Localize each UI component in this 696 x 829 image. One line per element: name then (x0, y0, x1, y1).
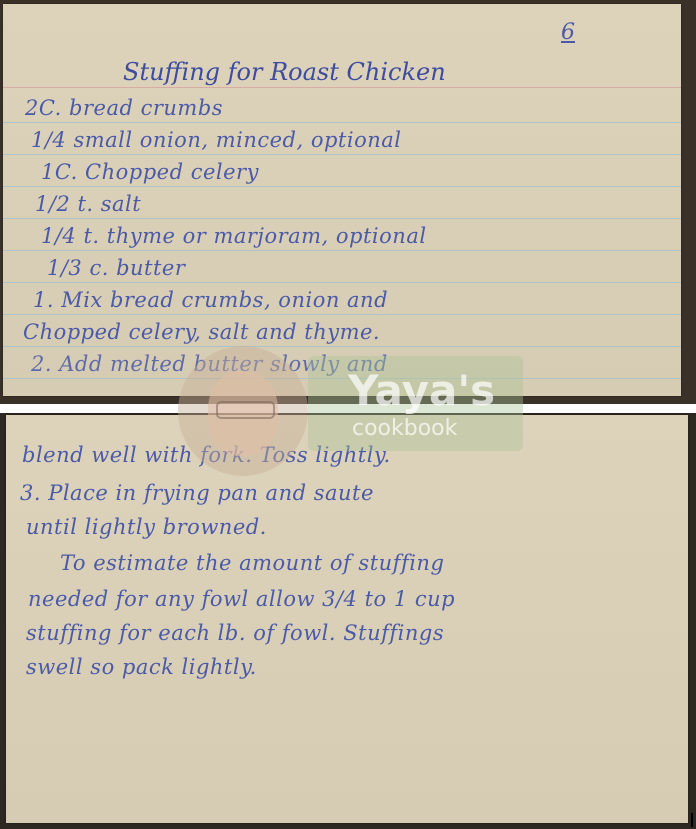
instruction-line: stuffing for each lb. of fowl. Stuffings (26, 621, 444, 645)
ruled-line (3, 122, 681, 123)
ruled-line (3, 378, 681, 379)
card-number: 6 (561, 20, 575, 45)
recipe-card-photo-back: blend well with fork. Toss lightly. 3. P… (0, 413, 696, 829)
step-line: Chopped celery, salt and thyme. (23, 320, 380, 344)
step-line: 1. Mix bread crumbs, onion and (33, 288, 388, 312)
recipe-card-photo-front: 6 Stuffing for Roast Chicken 2C. bread c… (0, 0, 696, 404)
instruction-line: until lightly browned. (26, 515, 267, 539)
ruled-line (3, 154, 681, 155)
instruction-line: 3. Place in frying pan and saute (20, 481, 374, 505)
ingredient-line: 1/4 small onion, minced, optional (31, 128, 401, 152)
ingredient-line: 1/3 c. butter (47, 256, 185, 280)
instruction-line: needed for any fowl allow 3/4 to 1 cup (28, 587, 455, 611)
ingredient-line: 2C. bread crumbs (25, 96, 223, 120)
instruction-line: blend well with fork. Toss lightly. (22, 443, 391, 467)
ingredient-line: 1/4 t. thyme or marjoram, optional (41, 224, 427, 248)
recipe-card-back: blend well with fork. Toss lightly. 3. P… (6, 415, 688, 823)
ruled-line (3, 346, 681, 347)
step-line: 2. Add melted butter slowly and (31, 352, 388, 376)
recipe-title: Stuffing for Roast Chicken (123, 58, 446, 86)
ruled-line (3, 186, 681, 187)
recipe-card-front: 6 Stuffing for Roast Chicken 2C. bread c… (3, 4, 681, 396)
ruled-line (3, 314, 681, 315)
edge-mark (691, 813, 693, 827)
ruled-line (3, 250, 681, 251)
ingredient-line: 1C. Chopped celery (41, 160, 259, 184)
instruction-line: swell so pack lightly. (26, 655, 257, 679)
ingredient-line: 1/2 t. salt (35, 192, 141, 216)
ruled-line (3, 218, 681, 219)
instruction-line: To estimate the amount of stuffing (60, 551, 444, 575)
red-margin-rule (3, 87, 681, 88)
ruled-line (3, 282, 681, 283)
